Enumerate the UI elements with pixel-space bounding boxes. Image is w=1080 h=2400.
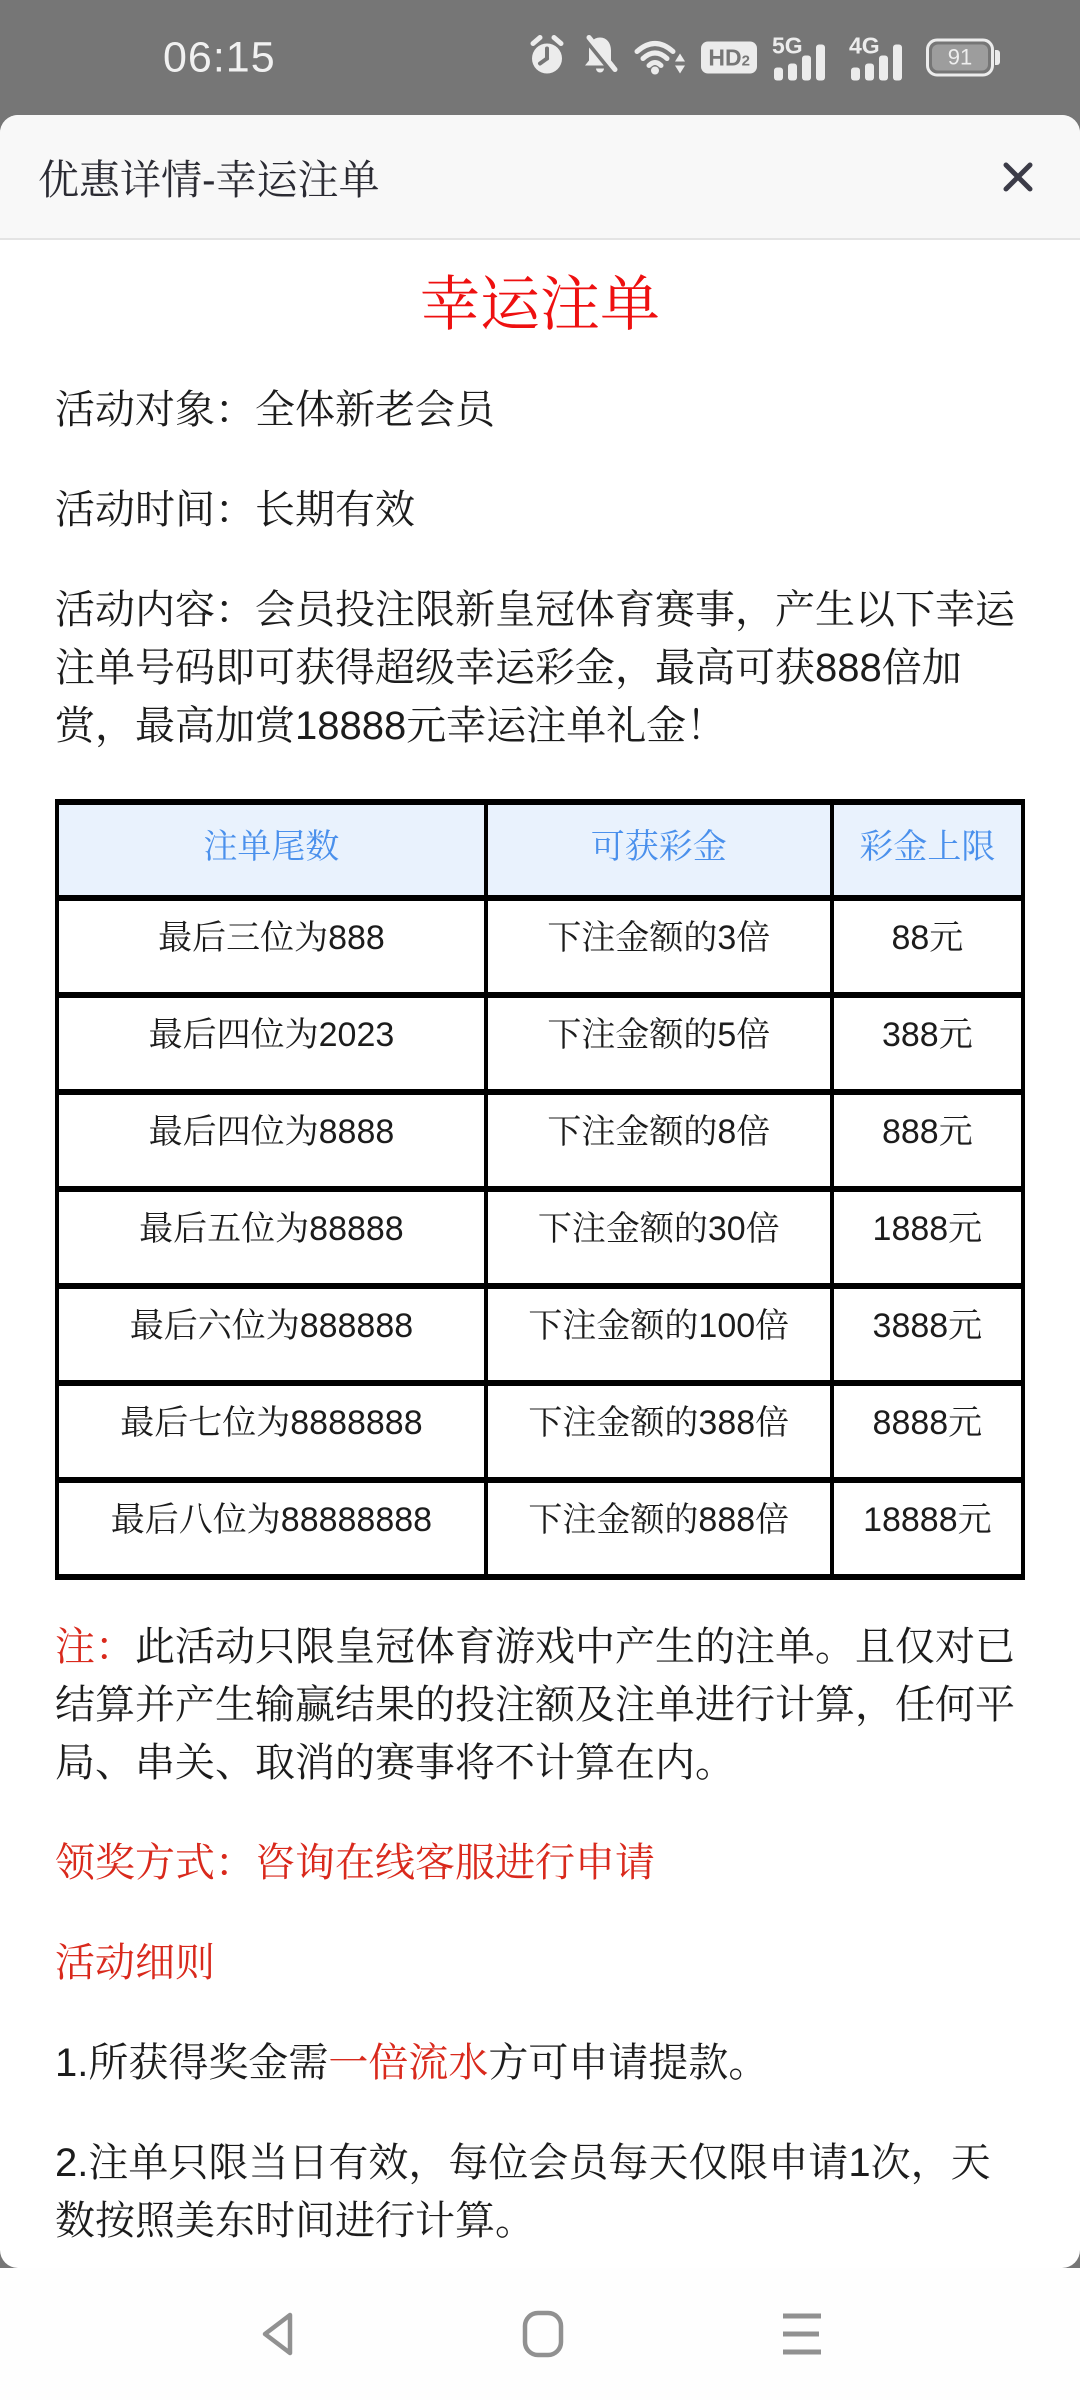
status-bar: 06:15 [0,0,1080,115]
table-row: 最后五位为88888 下注金额的30倍 1888元 [57,1189,1023,1286]
col-header-cap: 彩金上限 [832,802,1023,898]
table-row: 最后四位为8888 下注金额的8倍 888元 [57,1092,1023,1189]
recents-icon[interactable] [781,2308,823,2360]
table-header-row: 注单尾数 可获彩金 彩金上限 [57,802,1023,898]
status-icons: HD2 5G 4G 91 [528,34,1002,81]
hd-voice-badge: HD2 [701,42,757,74]
wifi-icon [634,34,686,81]
note-paragraph: 注：此活动只限皇冠体育游戏中产生的注单。且仅对已结算并产生输赢结果的投注额及注单… [55,1618,1025,1792]
page-title: 幸运注单 [55,270,1025,339]
col-header-tail-number: 注单尾数 [57,802,486,898]
note-text: 此活动只限皇冠体育游戏中产生的注单。且仅对已结算并产生输赢结果的投注额及注单进行… [55,1625,1015,1785]
alarm-icon [528,34,566,81]
rule-2-paragraph: 2.注单只限当日有效，每位会员每天仅限申请1次，天数按照美东时间进行计算。 [55,2134,1025,2250]
table-row: 最后六位为888888 下注金额的100倍 3888元 [57,1286,1023,1383]
mute-bell-icon [581,34,619,81]
modal-title: 优惠详情-幸运注单 [38,147,380,206]
promo-content: 幸运注单 活动对象：全体新老会员 活动时间：长期有效 活动内容：会员投注限新皇冠… [0,240,1080,2250]
clock-time: 06:15 [163,33,276,82]
rule-1-paragraph: 1.所获得奖金需一倍流水方可申请提款。 [55,2034,1025,2092]
back-icon[interactable] [254,2308,304,2360]
phone-screen: 06:15 [0,0,1080,2400]
table-row: 最后七位为8888888 下注金额的388倍 8888元 [57,1383,1023,1480]
signal-4g-icon: 4G [849,35,911,81]
audience-paragraph: 活动对象：全体新老会员 [55,381,1025,439]
note-prefix: 注： [55,1625,135,1669]
modal-header: 优惠详情-幸运注单 [0,115,1080,240]
rules-title: 活动细则 [55,1934,1025,1992]
signal-5g-icon: 5G [772,35,834,81]
content-paragraph: 活动内容：会员投注限新皇冠体育赛事，产生以下幸运注单号码即可获得超级幸运彩金，最… [55,581,1025,755]
close-icon[interactable] [996,155,1040,199]
android-nav-bar [0,2268,1080,2400]
table-row: 最后四位为2023 下注金额的5倍 388元 [57,995,1023,1092]
col-header-bonus: 可获彩金 [486,802,832,898]
promo-modal: 优惠详情-幸运注单 幸运注单 活动对象：全体新老会员 活动时间：长期有效 活动内… [0,115,1080,2268]
table-row: 最后八位为88888888 下注金额的888倍 18888元 [57,1480,1023,1577]
rule-1-highlight: 一倍流水 [328,2041,488,2085]
table-row: 最后三位为888 下注金额的3倍 88元 [57,898,1023,995]
home-icon[interactable] [519,2308,567,2360]
battery-icon: 91 [926,39,994,77]
bonus-table: 注单尾数 可获彩金 彩金上限 最后三位为888 下注金额的3倍 88元 最后四位… [55,799,1025,1580]
time-paragraph: 活动时间：长期有效 [55,481,1025,539]
battery-percent: 91 [932,45,988,71]
claim-method-paragraph: 领奖方式：咨询在线客服进行申请 [55,1834,1025,1892]
